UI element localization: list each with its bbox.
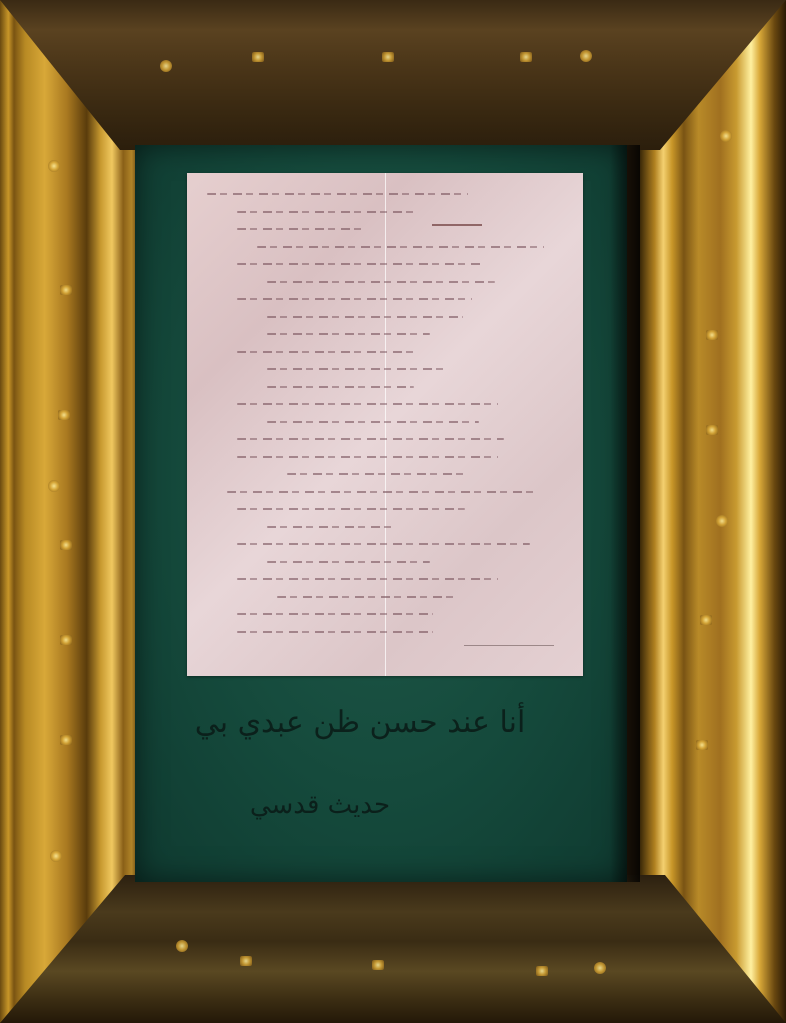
frame-stud-icon — [520, 52, 532, 62]
frame-stud-icon — [580, 50, 592, 62]
frame-stud-icon — [696, 740, 708, 750]
frame-stud-icon — [160, 60, 172, 72]
frame-stud-icon — [50, 850, 62, 862]
frame-stud-icon — [594, 962, 606, 974]
frame-stud-icon — [58, 410, 70, 420]
handwritten-letter — [187, 173, 583, 676]
arabic-inscription-hadith: أنا عند حسن ظن عبدي بي — [160, 705, 560, 740]
frame-stud-icon — [240, 956, 252, 966]
frame-left-rail — [0, 0, 140, 1023]
frame-stud-icon — [252, 52, 264, 62]
frame-stud-icon — [60, 285, 72, 295]
frame-bottom-rail — [0, 875, 786, 1023]
frame-stud-icon — [60, 540, 72, 550]
frame-top-rail — [0, 0, 786, 150]
frame-stud-icon — [716, 515, 728, 527]
frame-stud-icon — [176, 940, 188, 952]
frame-stud-icon — [60, 635, 72, 645]
frame-stud-icon — [382, 52, 394, 62]
mat-shadow — [610, 145, 640, 882]
handwritten-lines — [237, 193, 563, 616]
frame-stud-icon — [48, 480, 60, 492]
frame-stud-icon — [372, 960, 384, 970]
frame-stud-icon — [60, 735, 72, 745]
frame-stud-icon — [706, 425, 718, 435]
arabic-inscription-source: حديث قدسي — [200, 790, 440, 820]
frame-stud-icon — [536, 966, 548, 976]
frame-stud-icon — [700, 615, 712, 625]
frame-stud-icon — [706, 330, 718, 340]
frame-stud-icon — [48, 160, 60, 172]
signature-line — [464, 645, 554, 646]
frame-stud-icon — [720, 130, 732, 142]
frame-right-rail — [640, 0, 786, 1023]
